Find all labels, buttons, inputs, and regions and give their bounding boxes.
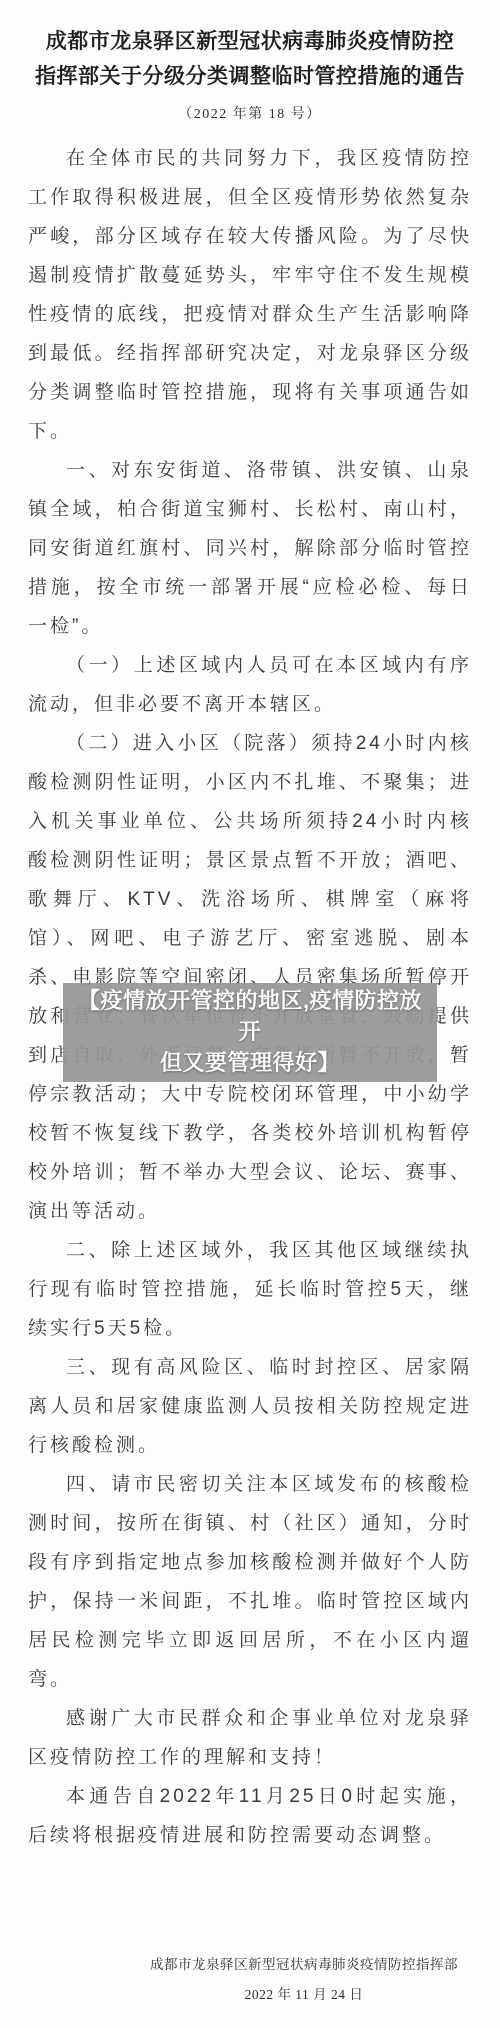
- body-paragraph-item3: 三、现有高风险区、临时封控区、居家隔离人员和居家健康监测人员按相关防控规定进行核…: [28, 1348, 472, 1465]
- body-paragraph-item1-sub2: （二）进入小区（院落）须持24小时内核酸检测阴性证明，小区内不扎堆、不聚集；进入…: [28, 724, 472, 1231]
- body-paragraph-item4: 四、请市民密切关注本区域发布的核酸检测时间，按所在街镇、村（社区）通知，分时段有…: [28, 1465, 472, 1699]
- caption-overlay-line2: 但又要管理得好】: [67, 1047, 433, 1078]
- document-number: （2022 年第 18 号）: [0, 103, 500, 123]
- issuing-authority: 成都市龙泉驿区新型冠状病毒肺炎疫情防控指挥部: [150, 1950, 458, 1980]
- notice-title: 成都市龙泉驿区新型冠状病毒肺炎疫情防控 指挥部关于分级分类调整临时管控措施的通告: [0, 0, 500, 94]
- body-paragraph-item1: 一、对东安街道、洛带镇、洪安镇、山泉镇全域，柏合街道宝狮村、长松村、南山村，同安…: [28, 451, 472, 646]
- body-paragraph-item1-sub1: （一）上述区域内人员可在本区域内有序流动，但非必要不离开本辖区。: [28, 646, 472, 724]
- signature-block: 成都市龙泉驿区新型冠状病毒肺炎疫情防控指挥部 2022 年 11 月 24 日: [150, 1950, 458, 2010]
- body-paragraph-intro: 在全体市民的共同努力下，我区疫情防控工作取得积极进展，但全区疫情形势依然复杂严峻…: [28, 139, 472, 451]
- caption-watermark-overlay: 【疫情放开管控的地区,疫情防控放开 但又要管理得好】: [63, 983, 437, 1082]
- notice-title-line1: 成都市龙泉驿区新型冠状病毒肺炎疫情防控: [0, 24, 500, 59]
- notice-document-page: 成都市龙泉驿区新型冠状病毒肺炎疫情防控 指挥部关于分级分类调整临时管控措施的通告…: [0, 0, 500, 2028]
- body-paragraph-thanks: 感谢广大市民群众和企事业单位对龙泉驿区疫情防控工作的理解和支持！: [28, 1699, 472, 1777]
- issue-date: 2022 年 11 月 24 日: [150, 1980, 458, 2010]
- body-paragraph-item2: 二、除上述区域外，我区其他区域继续执行现有临时管控措施，延长临时管控5天，继续实…: [28, 1231, 472, 1348]
- notice-title-line2: 指挥部关于分级分类调整临时管控措施的通告: [0, 59, 500, 94]
- caption-overlay-line1: 【疫情放开管控的地区,疫情防控放开: [67, 985, 433, 1047]
- body-paragraph-effective-date: 本通告自2022年11月25日0时起实施，后续将根据疫情进展和防控需要动态调整。: [28, 1777, 472, 1855]
